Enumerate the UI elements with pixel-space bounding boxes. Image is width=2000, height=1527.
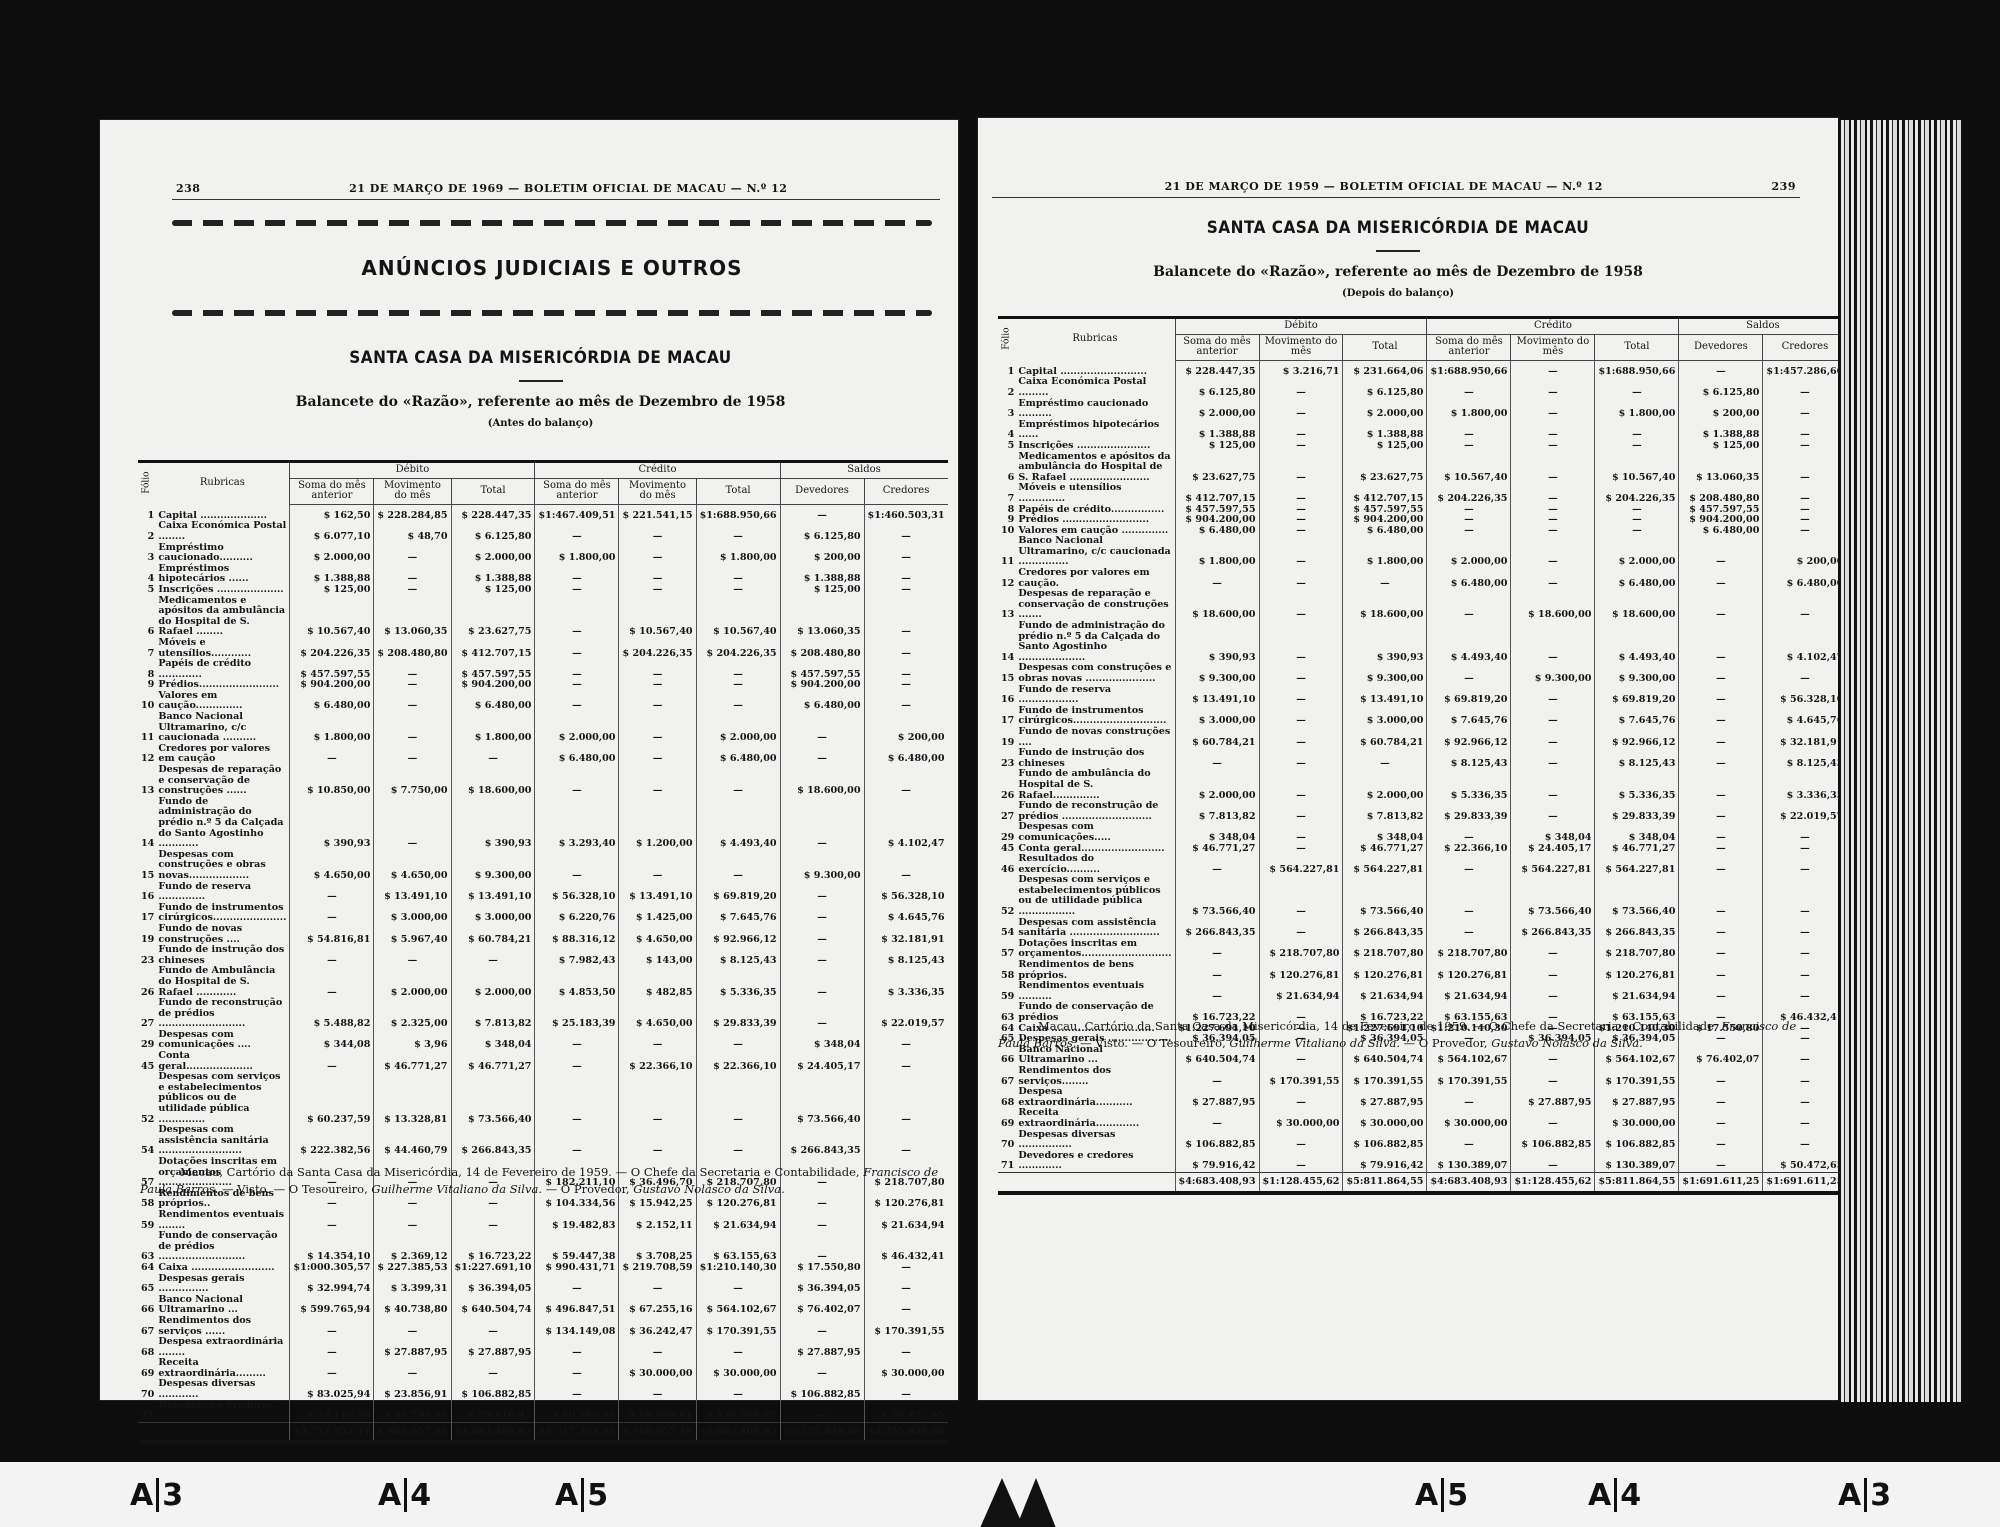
c-mov-cell: — xyxy=(619,521,696,542)
d-mov-cell: — xyxy=(1259,663,1343,684)
c-mov-cell: $ 221.541,15 xyxy=(619,504,696,521)
c-soma-cell: — xyxy=(535,659,619,680)
d-mov-cell: — xyxy=(374,1316,451,1337)
c-soma-cell: $ 5.336,35 xyxy=(1427,769,1511,801)
d-mov-cell: — xyxy=(1259,420,1343,441)
c-soma-cell: — xyxy=(1427,1130,1511,1151)
d-total-cell: $ 640.504,74 xyxy=(451,1295,535,1316)
total-s-dev: $1:691.611,25 xyxy=(1679,1172,1763,1192)
table-row: 17Fundo de instrumentos cirúrgicos......… xyxy=(138,903,948,924)
c-soma-cell: $ 92.966,12 xyxy=(1427,727,1511,748)
c-soma-cell: $ 8.125,43 xyxy=(1427,748,1511,769)
c-mov-cell: $ 9.300,00 xyxy=(1511,663,1595,684)
c-soma-cell: $ 204.226,35 xyxy=(1427,483,1511,504)
d-total-cell: — xyxy=(451,744,535,765)
d-total-cell: $ 412.707,15 xyxy=(1343,483,1427,504)
s-cred-cell: — xyxy=(1763,844,1846,855)
s-cred-cell: — xyxy=(1763,1087,1846,1108)
d-mov-cell: $ 564.227,81 xyxy=(1259,854,1343,875)
rubrica-cell: Despesas gerais ............... xyxy=(155,1274,290,1295)
d-total-cell: $ 18.600,00 xyxy=(1343,589,1427,621)
col-folio: Fólio xyxy=(138,462,155,505)
s-cred-cell: $1:460.503,31 xyxy=(864,504,947,521)
balance-heading: SANTA CASA DA MISERICÓRDIA DE MACAU Bala… xyxy=(998,218,1798,299)
c-total-cell: $ 18.600,00 xyxy=(1595,589,1679,621)
d-soma-cell: — xyxy=(290,1051,374,1072)
s-dev-cell: $ 6.480,00 xyxy=(780,691,864,712)
folio-cell: 26 xyxy=(998,769,1015,801)
frame-mark: A5 xyxy=(1415,1478,1468,1513)
d-total-cell: $ 348,04 xyxy=(451,1030,535,1051)
folio-cell: 69 xyxy=(138,1358,155,1379)
total-d-total: $5:811.864,55 xyxy=(1343,1172,1427,1192)
table-row: 68Despesa extraordinária ........—$ 27.8… xyxy=(138,1337,948,1358)
d-soma-cell: $ 60.237,59 xyxy=(290,1072,374,1125)
s-dev-cell: $ 6.125,80 xyxy=(1679,377,1763,398)
col-devedores: Devedores xyxy=(780,478,864,504)
c-mov-cell: $ 564.227,81 xyxy=(1511,854,1595,875)
c-total-cell: $ 348,04 xyxy=(1595,822,1679,843)
section-banner: ANÚNCIOS JUDICIAIS E OUTROS xyxy=(172,220,932,316)
d-soma-cell: — xyxy=(1175,981,1259,1002)
s-dev-cell: — xyxy=(1679,568,1763,589)
s-cred-cell: $ 170.391,55 xyxy=(864,1316,947,1337)
total-c-soma: $4:683.408,93 xyxy=(1427,1172,1511,1192)
s-dev-cell: $ 208.480,80 xyxy=(780,638,864,659)
d-total-cell: $ 79.916,42 xyxy=(1343,1151,1427,1173)
table-row: 11Banco Nacional Ultramarino, c/c caucio… xyxy=(138,712,948,744)
c-soma-cell: — xyxy=(535,850,619,882)
d-total-cell: $ 266.843,35 xyxy=(1343,918,1427,939)
d-mov-cell: — xyxy=(374,797,451,850)
folio-cell: 27 xyxy=(138,998,155,1030)
c-total-cell: $ 7.645,76 xyxy=(1595,706,1679,727)
s-cred-cell: — xyxy=(1763,1066,1846,1087)
d-mov-cell: $ 13.328,81 xyxy=(374,1072,451,1125)
provedor-name: Gustavo Nolasco da Silva. xyxy=(1491,1036,1643,1050)
c-total-cell: $ 120.276,81 xyxy=(1595,960,1679,981)
table-row: 45Conta geral....................—$ 46.7… xyxy=(138,1051,948,1072)
c-total-cell: — xyxy=(696,1072,780,1125)
c-soma-cell: $ 6.220,76 xyxy=(535,903,619,924)
s-cred-cell: $ 22.019,57 xyxy=(864,998,947,1030)
rubrica-cell: Fundo de reconstrução de prédios .......… xyxy=(155,998,290,1030)
folio-cell: 3 xyxy=(138,543,155,564)
d-mov-cell: $ 7.750,00 xyxy=(374,765,451,797)
rubrica-cell: Despesas de reparação e conservação de c… xyxy=(155,765,290,797)
col-d-mov: Movimento do mês xyxy=(374,478,451,504)
dashed-rule xyxy=(172,310,932,316)
c-total-cell: $ 21.634,94 xyxy=(1595,981,1679,1002)
c-soma-cell: $ 60.580,06 xyxy=(535,1401,619,1423)
institution-name: SANTA CASA DA MISERICÓRDIA DE MACAU xyxy=(138,348,943,368)
s-dev-cell: — xyxy=(1679,844,1763,855)
d-mov-cell: — xyxy=(1259,748,1343,769)
folio-cell: 7 xyxy=(998,483,1015,504)
rubrica-cell: Despesas com assistência sanitária .....… xyxy=(155,1125,290,1157)
c-total-cell: $ 2.000,00 xyxy=(1595,536,1679,568)
folio-cell: 45 xyxy=(998,844,1015,855)
folio-cell: 6 xyxy=(998,452,1015,484)
c-total-cell: $ 21.634,94 xyxy=(696,1210,780,1231)
d-soma-cell: $ 73.566,40 xyxy=(1175,875,1259,917)
s-cred-cell: — xyxy=(864,659,947,680)
d-mov-cell: — xyxy=(1259,769,1343,801)
table-body: 1Capital ....................$ 162,50$ 2… xyxy=(138,504,948,1442)
col-c-mov: Movimento do mês xyxy=(619,478,696,504)
d-total-cell: $ 3.000,00 xyxy=(1343,706,1427,727)
s-dev-cell: — xyxy=(780,1401,864,1423)
d-soma-cell: $ 6.125,80 xyxy=(1175,377,1259,398)
c-mov-cell: $ 18.600,00 xyxy=(1511,589,1595,621)
d-soma-cell: $ 2.000,00 xyxy=(290,543,374,564)
d-total-cell: $ 457.597,55 xyxy=(451,659,535,680)
folio-cell: 3 xyxy=(998,399,1015,420)
rubrica-cell: Empréstimo caucionado .......... xyxy=(1015,399,1175,420)
c-mov-cell: — xyxy=(619,744,696,765)
d-soma-cell: — xyxy=(1175,1108,1259,1129)
table-row: 69Receita extraordinária.............—$ … xyxy=(998,1108,1846,1129)
c-mov-cell: — xyxy=(1511,1066,1595,1087)
rubrica-cell: Despesas diversas ................ xyxy=(1015,1130,1175,1151)
c-total-cell: — xyxy=(696,521,780,542)
d-mov-cell: — xyxy=(1259,1130,1343,1151)
d-soma-cell: $ 7.813,82 xyxy=(1175,801,1259,822)
d-soma-cell: $ 83.025,94 xyxy=(290,1379,374,1400)
d-total-cell: $ 13.491,10 xyxy=(1343,685,1427,706)
s-cred-cell: $ 6.480,00 xyxy=(864,744,947,765)
d-soma-cell: $ 904.200,00 xyxy=(290,680,374,691)
table-row: 11Banco Nacional Ultramarino, c/c caucio… xyxy=(998,536,1846,568)
s-dev-cell: — xyxy=(1679,875,1763,917)
rubrica-cell: Medicamentos e apósitos da ambulância do… xyxy=(1015,452,1175,484)
rubrica-cell: Banco Nacional Ultramarino ... xyxy=(155,1295,290,1316)
d-mov-cell: — xyxy=(374,945,451,966)
c-total-cell: $ 69.819,20 xyxy=(1595,685,1679,706)
rubrica-cell: Despesas de reparação e conservação de c… xyxy=(1015,589,1175,621)
d-mov-cell: $ 46.796,84 xyxy=(374,1401,451,1423)
s-dev-cell: $ 457.597,55 xyxy=(780,659,864,680)
table-row: 4Empréstimos hipotecários ......$ 1.388,… xyxy=(138,564,948,585)
s-dev-cell: — xyxy=(1679,822,1763,843)
c-soma-cell: $ 7.982,43 xyxy=(535,945,619,966)
table-row: 52Despesas com serviços e estabeleciment… xyxy=(998,875,1846,917)
s-dev-cell: $ 17.550,80 xyxy=(780,1263,864,1274)
d-soma-cell: $ 9.300,00 xyxy=(1175,663,1259,684)
c-mov-cell: — xyxy=(1511,706,1595,727)
c-total-cell: $ 8.125,43 xyxy=(1595,748,1679,769)
c-mov-cell: — xyxy=(1511,769,1595,801)
s-dev-cell: — xyxy=(1679,1151,1763,1173)
s-dev-cell: $ 125,00 xyxy=(780,585,864,596)
folio-cell: 6 xyxy=(138,596,155,638)
s-dev-cell: — xyxy=(780,744,864,765)
c-mov-cell: $ 27.887,95 xyxy=(1511,1087,1595,1108)
c-total-cell: — xyxy=(1595,526,1679,537)
d-mov-cell: $ 13.491,10 xyxy=(374,882,451,903)
folio-cell: 69 xyxy=(998,1108,1015,1129)
d-soma-cell: $ 4.650,00 xyxy=(290,850,374,882)
total-s-cred: $1:691.611,25 xyxy=(1763,1172,1846,1192)
table-row: 2Caixa Económica Postal ........$ 6.077,… xyxy=(138,521,948,542)
rubrica-cell: Despesa extraordinária........... xyxy=(1015,1087,1175,1108)
d-soma-cell: — xyxy=(290,1316,374,1337)
folio-cell: 54 xyxy=(138,1125,155,1157)
table-row: 70Despesas diversas ............$ 83.025… xyxy=(138,1379,948,1400)
c-soma-cell: $ 19.482,83 xyxy=(535,1210,619,1231)
rubrica-cell: Móveis e utensílios............ xyxy=(155,638,290,659)
c-soma-cell: — xyxy=(535,521,619,542)
total-s-dev: $2:255.839,06 xyxy=(780,1422,864,1442)
c-mov-cell: — xyxy=(619,1337,696,1358)
table-row: 57Dotações inscritas em orçamentos......… xyxy=(998,939,1846,960)
folio-cell: 65 xyxy=(138,1274,155,1295)
col-d-mov: Movimento do mês xyxy=(1259,334,1343,360)
c-total-cell: $1:688.950,66 xyxy=(1595,360,1679,377)
folio-cell: 13 xyxy=(998,589,1015,621)
folio-cell: 52 xyxy=(138,1072,155,1125)
d-soma-cell: $ 10.850,00 xyxy=(290,765,374,797)
s-dev-cell: — xyxy=(1679,621,1763,663)
d-mov-cell: $ 27.887,95 xyxy=(374,1337,451,1358)
s-dev-cell: $ 208.480,80 xyxy=(1679,483,1763,504)
d-total-cell: $ 27.887,95 xyxy=(1343,1087,1427,1108)
d-soma-cell: $1:000.305,57 xyxy=(290,1263,374,1274)
rubrica-cell: Devedores e credores ............. xyxy=(1015,1151,1175,1173)
c-soma-cell: $ 2.000,00 xyxy=(1427,536,1511,568)
table-row: 59Rendimentos eventuais ..........—$ 21.… xyxy=(998,981,1846,1002)
folio-cell: 7 xyxy=(138,638,155,659)
total-c-total: $5:811.864,55 xyxy=(1595,1172,1679,1192)
total-d-soma: $4:683.408,93 xyxy=(1175,1172,1259,1192)
c-soma-cell: $ 59.447,38 xyxy=(535,1231,619,1263)
rubrica-cell: Rendimentos eventuais .......... xyxy=(1015,981,1175,1002)
s-dev-cell: $ 200,00 xyxy=(1679,399,1763,420)
d-soma-cell: $ 1.800,00 xyxy=(290,712,374,744)
page-number: 239 xyxy=(1772,180,1796,193)
d-soma-cell: $ 1.800,00 xyxy=(1175,536,1259,568)
table-body: 1Capital ..........................$ 228… xyxy=(998,360,1846,1192)
s-cred-cell: — xyxy=(864,680,947,691)
folio-cell: 15 xyxy=(138,850,155,882)
folio-cell: 13 xyxy=(138,765,155,797)
c-mov-cell: — xyxy=(1511,526,1595,537)
d-total-cell: $ 218.707,80 xyxy=(1343,939,1427,960)
table-row: 17Fundo de instrumentos cirúrgicos......… xyxy=(998,706,1846,727)
c-mov-cell: — xyxy=(619,850,696,882)
tesoureiro-name: Guilherme Vitaliano da Silva. xyxy=(1229,1036,1400,1050)
d-total-cell: $ 9.300,00 xyxy=(1343,663,1427,684)
folio-cell: 63 xyxy=(138,1231,155,1263)
col-credores: Credores xyxy=(1763,334,1846,360)
c-soma-cell: $ 1.800,00 xyxy=(1427,399,1511,420)
c-total-cell: $ 106.882,85 xyxy=(1595,1130,1679,1151)
c-soma-cell: — xyxy=(1427,854,1511,875)
s-cred-cell: — xyxy=(864,638,947,659)
s-dev-cell: $ 1.388,88 xyxy=(780,564,864,585)
d-mov-cell: $ 2.325,00 xyxy=(374,998,451,1030)
rubrica-cell: Fundo de instrução dos chineses xyxy=(155,945,290,966)
s-cred-cell: — xyxy=(1763,854,1846,875)
s-dev-cell: — xyxy=(780,797,864,850)
right-page: 21 DE MARÇO DE 1959 — BOLETIM OFICIAL DE… xyxy=(978,118,1838,1400)
folio-cell: 4 xyxy=(998,420,1015,441)
rubrica-cell: Receita extraordinária......... xyxy=(155,1358,290,1379)
folio-cell: 16 xyxy=(998,685,1015,706)
table-row: 23Fundo de instrução dos chineses———$ 8.… xyxy=(998,748,1846,769)
c-total-cell: — xyxy=(696,585,780,596)
folio-cell: 17 xyxy=(998,706,1015,727)
d-soma-cell: $ 23.627,75 xyxy=(1175,452,1259,484)
rubrica-cell: Despesas com comunicações .... xyxy=(155,1030,290,1051)
table-row: 10Valores em caução ..............$ 6.48… xyxy=(998,526,1846,537)
d-mov-cell: $ 3.399,31 xyxy=(374,1274,451,1295)
rubrica-cell: Fundo de reserva .................. xyxy=(1015,685,1175,706)
s-dev-cell: — xyxy=(1679,918,1763,939)
col-credores: Credores xyxy=(864,478,947,504)
c-mov-cell: $ 36.242,47 xyxy=(619,1316,696,1337)
d-total-cell: $ 6.125,80 xyxy=(1343,377,1427,398)
table-row: 3Empréstimo caucionado..........$ 2.000,… xyxy=(138,543,948,564)
folio-cell: 59 xyxy=(998,981,1015,1002)
rubrica-cell: Fundo de novas construções .... xyxy=(155,924,290,945)
col-group-saldos: Saldos xyxy=(780,462,947,479)
table-row: 15Despesas com construções e obras novas… xyxy=(998,663,1846,684)
d-total-cell: $ 7.813,82 xyxy=(451,998,535,1030)
running-head-text: 21 DE MARÇO DE 1969 — BOLETIM OFICIAL DE… xyxy=(349,182,787,195)
d-total-cell: $ 106.882,85 xyxy=(451,1379,535,1400)
c-mov-cell: $ 10.567,40 xyxy=(619,596,696,638)
d-soma-cell: $ 10.567,40 xyxy=(290,596,374,638)
c-mov-cell: — xyxy=(619,712,696,744)
s-cred-cell: — xyxy=(864,1030,947,1051)
table-row: 64Caixa .........................$1:000.… xyxy=(138,1263,948,1274)
c-mov-cell: — xyxy=(1511,441,1595,452)
table-row: 5Inscrições ......................$ 125,… xyxy=(998,441,1846,452)
c-mov-cell: — xyxy=(1511,483,1595,504)
d-total-cell: $ 36.394,05 xyxy=(451,1274,535,1295)
c-soma-cell: — xyxy=(535,1337,619,1358)
c-mov-cell: — xyxy=(1511,399,1595,420)
d-mov-cell: — xyxy=(374,680,451,691)
folio-cell: 52 xyxy=(998,875,1015,917)
d-total-cell: $ 23.627,75 xyxy=(451,596,535,638)
s-cred-cell: — xyxy=(864,543,947,564)
c-total-cell: $ 9.300,00 xyxy=(1595,663,1679,684)
c-total-cell: $ 63.155,63 xyxy=(696,1231,780,1263)
d-soma-cell: $ 390,93 xyxy=(1175,621,1259,663)
c-mov-cell: $ 13.491,10 xyxy=(619,882,696,903)
c-soma-cell: $ 29.833,39 xyxy=(1427,801,1511,822)
film-notch-icon xyxy=(1016,1478,1056,1527)
s-cred-cell: — xyxy=(1763,981,1846,1002)
col-group-credito: Crédito xyxy=(1427,318,1679,335)
d-soma-cell: $ 27.887,95 xyxy=(1175,1087,1259,1108)
c-soma-cell: $ 30.000,00 xyxy=(1427,1108,1511,1129)
c-soma-cell: $ 25.183,39 xyxy=(535,998,619,1030)
s-cred-cell: — xyxy=(864,1072,947,1125)
c-soma-cell: $ 6.480,00 xyxy=(535,744,619,765)
c-mov-cell: — xyxy=(619,1072,696,1125)
d-total-cell: $ 16.723,22 xyxy=(451,1231,535,1263)
folio-cell: 14 xyxy=(138,797,155,850)
d-mov-cell: $ 208.480,80 xyxy=(374,638,451,659)
rubrica-cell: Rendimentos dos serviços ...... xyxy=(155,1316,290,1337)
c-soma-cell: $ 170.391,55 xyxy=(1427,1066,1511,1087)
c-total-cell: $ 1.800,00 xyxy=(696,543,780,564)
running-head: 238 21 DE MARÇO DE 1969 — BOLETIM OFICIA… xyxy=(172,182,940,200)
d-mov-cell: $ 227.385,53 xyxy=(374,1263,451,1274)
s-cred-cell: — xyxy=(1763,1108,1846,1129)
s-cred-cell: — xyxy=(1763,399,1846,420)
c-total-cell: — xyxy=(696,1274,780,1295)
d-soma-cell: $ 32.994,74 xyxy=(290,1274,374,1295)
d-mov-cell: — xyxy=(1259,399,1343,420)
d-total-cell: $ 9.300,00 xyxy=(451,850,535,882)
d-soma-cell: — xyxy=(1175,854,1259,875)
folio-cell: 14 xyxy=(998,621,1015,663)
c-mov-cell: — xyxy=(1511,960,1595,981)
d-total-cell: $ 46.771,27 xyxy=(451,1051,535,1072)
d-mov-cell: — xyxy=(374,1358,451,1379)
s-dev-cell: — xyxy=(1679,685,1763,706)
col-d-total: Total xyxy=(1343,334,1427,360)
c-mov-cell: $ 4.650,00 xyxy=(619,924,696,945)
folio-cell: 10 xyxy=(138,691,155,712)
s-cred-cell: — xyxy=(864,1125,947,1157)
col-rubricas: Rubricas xyxy=(1015,318,1175,361)
c-total-cell: $ 69.819,20 xyxy=(696,882,780,903)
folio-cell: 71 xyxy=(138,1401,155,1423)
d-total-cell: $ 79.916,42 xyxy=(451,1401,535,1423)
c-mov-cell: — xyxy=(1511,685,1595,706)
d-soma-cell: $ 1.388,88 xyxy=(1175,420,1259,441)
rubrica-cell: Rendimentos eventuais ........ xyxy=(155,1210,290,1231)
d-soma-cell: $ 13.491,10 xyxy=(1175,685,1259,706)
folio-cell: 1 xyxy=(138,504,155,521)
d-mov-cell: — xyxy=(1259,1151,1343,1173)
c-mov-cell: — xyxy=(619,1030,696,1051)
d-mov-cell: $ 21.634,94 xyxy=(1259,981,1343,1002)
c-mov-cell: $ 30.000,00 xyxy=(619,1358,696,1379)
table-row: 2Caixa Económica Postal .........$ 6.125… xyxy=(998,377,1846,398)
d-total-cell: $ 1.800,00 xyxy=(1343,536,1427,568)
c-mov-cell: — xyxy=(619,680,696,691)
d-mov-cell: $ 228.284,85 xyxy=(374,504,451,521)
d-mov-cell: — xyxy=(1259,727,1343,748)
d-soma-cell: $ 390,93 xyxy=(290,797,374,850)
c-soma-cell: $ 1.800,00 xyxy=(535,543,619,564)
c-total-cell: $ 1.800,00 xyxy=(1595,399,1679,420)
c-total-cell: $ 30.000,00 xyxy=(1595,1108,1679,1129)
d-mov-cell: $ 23.856,91 xyxy=(374,1379,451,1400)
d-mov-cell: — xyxy=(1259,526,1343,537)
rubrica-cell: Fundo de conservação de prédios ........… xyxy=(155,1231,290,1263)
folio-cell: 70 xyxy=(138,1379,155,1400)
folio-cell: 2 xyxy=(138,521,155,542)
col-d-soma: Soma do mês anterior xyxy=(1175,334,1259,360)
d-total-cell: $ 30.000,00 xyxy=(1343,1108,1427,1129)
s-dev-cell: $ 1.388,88 xyxy=(1679,420,1763,441)
folio-cell: 11 xyxy=(998,536,1015,568)
c-total-cell: — xyxy=(696,659,780,680)
c-soma-cell: $ 56.328,10 xyxy=(535,882,619,903)
d-total-cell: $ 27.887,95 xyxy=(451,1337,535,1358)
d-soma-cell: $ 54.816,81 xyxy=(290,924,374,945)
s-dev-cell: $ 24.405,17 xyxy=(780,1051,864,1072)
folio-cell: 1 xyxy=(998,360,1015,377)
rubrica-cell: Credores por valores em caução. xyxy=(1015,568,1175,589)
